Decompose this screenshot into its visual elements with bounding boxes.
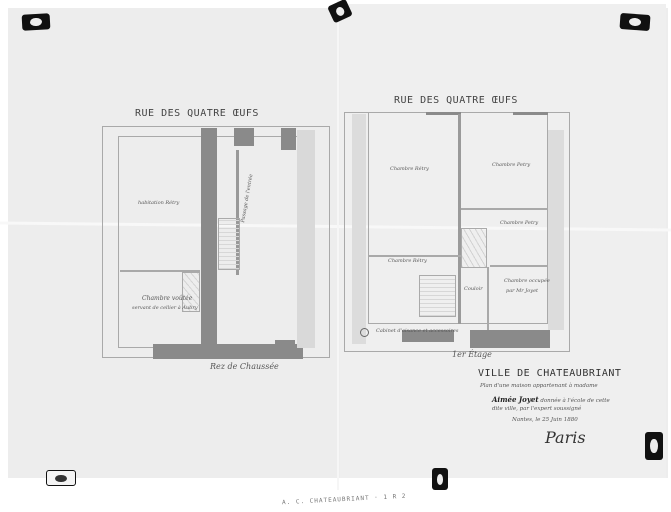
title-line-2-rest: donnée à l'école de cette	[540, 398, 609, 404]
floor-plan-first: Chambre Rétry Chambre Petry Chambre Petr…	[342, 110, 572, 355]
toilet-icon	[360, 328, 369, 337]
bottom-center-clip-icon	[432, 468, 448, 490]
room-label: Cabinet d'aisance et accessoires	[376, 328, 458, 334]
owner-name: Aimée Joyet	[492, 395, 539, 404]
room-label: Chambre Petry	[492, 162, 530, 168]
title-line-3: dite ville, par l'expert soussigné	[492, 406, 581, 412]
room-label: Chambre occupée	[504, 278, 550, 284]
room-label: Chambre voûtée	[142, 295, 192, 302]
caption-first: 1er Étage	[452, 350, 492, 359]
room-label: Couloir	[464, 286, 483, 292]
room-label: Chambre Petry	[500, 220, 538, 226]
street-label-ground: RUE DES QUATRE ŒUFS	[135, 108, 259, 119]
top-right-clip-icon	[619, 13, 650, 31]
street-label-first: RUE DES QUATRE ŒUFS	[394, 95, 518, 106]
top-left-clip-icon	[22, 13, 51, 30]
bottom-right-clip-icon	[645, 432, 663, 460]
room-label: habitation Rétry	[138, 200, 179, 206]
room-label: servant de cellier à Aubry	[132, 305, 198, 311]
title-line-2: Aimée Joyet donnée à l'école de cette	[492, 395, 610, 404]
title-heading: VILLE DE CHATEAUBRIANT	[478, 368, 621, 379]
floor-plan-ground: habitation Rétry Chambre voûtée servant …	[100, 122, 335, 362]
room-label: Chambre Rétry	[388, 258, 427, 264]
room-label: Chambre Rétry	[390, 166, 429, 172]
signature: Paris	[545, 428, 586, 447]
archive-stamp: A. C. CHATEAUBRIANT · 1 R 2	[282, 493, 407, 507]
room-label: par Mr Joyet	[506, 288, 538, 294]
caption-ground: Rez de Chaussée	[210, 362, 279, 371]
fold-line-vertical	[337, 0, 339, 490]
date-line: Nantes, le 25 Juin 1880	[512, 417, 578, 423]
bottom-left-clip-icon	[46, 470, 76, 486]
title-line-1: Plan d'une maison appartenant à madame	[480, 383, 598, 389]
